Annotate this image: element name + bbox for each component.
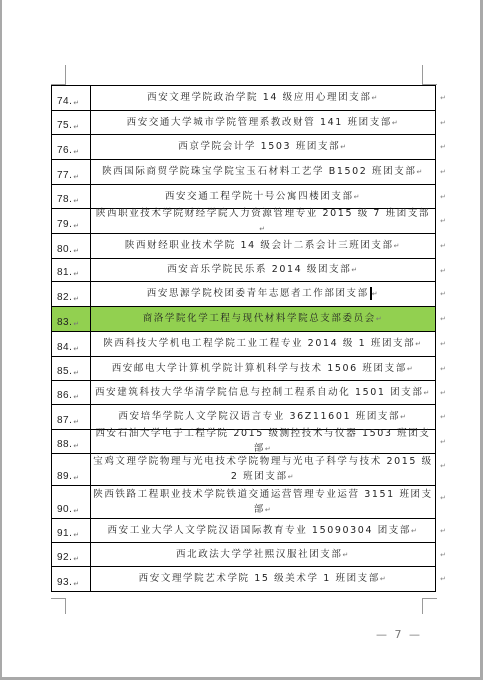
org-name: 陕西科技大学机电工程学院工业工程专业 2014 级 1 班团支部	[103, 338, 415, 349]
row-number: 79.	[57, 219, 72, 230]
org-name-cell[interactable]: 陕西科技大学机电工程学院工业工程专业 2014 级 1 班团支部↵	[91, 332, 435, 356]
cell-end-mark-icon: ↵	[73, 320, 79, 328]
cell-end-mark-icon: ↵	[288, 473, 295, 481]
cell-end-mark-icon: ↵	[392, 119, 399, 127]
cell-end-mark-icon: ↵	[416, 168, 423, 176]
cell-end-mark-icon: ↵	[354, 193, 361, 201]
org-name: 西安交通工程学院十号公寓四楼团支部	[165, 191, 354, 202]
row-number-cell[interactable]: 81.↵	[52, 259, 91, 281]
row-end-mark-icon: ↵	[440, 438, 446, 446]
cell-end-mark-icon: ↵	[423, 389, 430, 397]
org-name-cell[interactable]: 西安文理学院政治学院 14 级应用心理团支部↵	[91, 86, 435, 110]
crop-mark-bottom-right-v	[422, 598, 423, 614]
row-end-mark-icon: ↵	[440, 193, 446, 201]
table-row[interactable]: 80.↵陕西财经职业技术学院 14 级会计二系会计三班团支部↵↵	[52, 234, 435, 259]
row-number-cell[interactable]: 77.↵	[52, 160, 91, 184]
row-number: 82.	[57, 292, 72, 303]
cell-end-mark-icon: ↵	[351, 266, 358, 274]
row-end-mark-icon: ↵	[440, 315, 446, 323]
org-name: 西安音乐学院民乐系 2014 级团支部	[167, 264, 351, 275]
org-name: 宝鸡文理学院物理与光电技术学院物理与光电子科学与技术 2015 级 2 班团支部	[93, 456, 433, 482]
cell-end-mark-icon: ↵	[73, 148, 79, 156]
row-number: 77.	[57, 170, 72, 181]
org-name-cell[interactable]: 商洛学院化学工程与现代材料学院总支部委员会↵	[91, 307, 435, 331]
org-name: 陕西铁路工程职业技术学院铁道交通运营管理专业运营 3151 班团支部	[93, 489, 433, 515]
org-name: 西安石油大学电子工程学院 2015 级测控技术与仪器 1503 班团支部	[96, 428, 431, 454]
cell-end-mark-icon: ↵	[372, 290, 379, 298]
cell-end-mark-icon: ↵	[73, 418, 79, 426]
table-row-highlighted[interactable]: 83.↵商洛学院化学工程与现代材料学院总支部委员会↵↵	[52, 307, 435, 332]
table-row[interactable]: 81.↵西安音乐学院民乐系 2014 级团支部↵↵	[52, 259, 435, 282]
row-number: 78.	[57, 194, 72, 205]
table-row[interactable]: 79.↵陕西职业技术学院财经学院人力资源管理专业 2015 级 7 班团支部↵↵	[52, 209, 435, 234]
row-number-cell[interactable]: 89.↵	[52, 454, 91, 485]
row-end-mark-icon: ↵	[440, 389, 446, 397]
row-end-mark-icon: ↵	[440, 462, 446, 470]
table-row[interactable]: 86.↵西安建筑科技大学华清学院信息与控制工程系自动化 1501 团支部↵↵	[52, 381, 435, 405]
row-number: 87.	[57, 415, 72, 426]
cell-end-mark-icon: ↵	[73, 580, 79, 588]
row-number: 91.	[57, 528, 72, 539]
org-name: 陕西职业技术学院财经学院人力资源管理专业 2015 级 7 班团支部	[96, 208, 430, 219]
org-name: 陕西财经职业技术学院 14 级会计二系会计三班团支部	[125, 240, 394, 251]
row-number-cell[interactable]: 87.↵	[52, 405, 91, 429]
org-name-cell[interactable]: 宝鸡文理学院物理与光电技术学院物理与光电子科学与技术 2015 级 2 班团支部…	[91, 454, 435, 485]
org-name-cell[interactable]: 西安文理学院艺术学院 15 级美术学 1 班团支部↵	[91, 567, 435, 591]
row-end-mark-icon: ↵	[440, 94, 446, 102]
row-number: 88.	[57, 439, 72, 450]
crop-mark-bottom-left-v	[65, 598, 66, 614]
cell-end-mark-icon: ↵	[73, 369, 79, 377]
org-name-cell[interactable]: 陕西职业技术学院财经学院人力资源管理专业 2015 级 7 班团支部↵	[91, 209, 435, 233]
crop-mark-bottom-right-h	[422, 598, 437, 599]
org-name: 西京学院会计学 1503 班团支部	[178, 141, 340, 152]
org-name-cell[interactable]: 西安交通大学城市学院管理系教改财管 141 班团支部↵	[91, 111, 435, 134]
cell-end-mark-icon: ↵	[73, 247, 79, 255]
row-number-cell[interactable]: 75.↵	[52, 111, 91, 134]
cell-end-mark-icon: ↵	[400, 413, 407, 421]
org-name-cell[interactable]: 西安邮电大学计算机学院计算机科学与技术 1506 班团支部↵	[91, 357, 435, 380]
row-number: 74.	[57, 96, 72, 107]
row-number: 75.	[57, 120, 72, 131]
table-row[interactable]: 85.↵西安邮电大学计算机学院计算机科学与技术 1506 班团支部↵↵	[52, 357, 435, 381]
row-number-cell[interactable]: 91.↵	[52, 519, 91, 542]
org-name: 西安文理学院艺术学院 15 级美术学 1 班团支部	[139, 573, 380, 584]
table-row[interactable]: 84.↵陕西科技大学机电工程学院工业工程专业 2014 级 1 班团支部↵↵	[52, 332, 435, 357]
table-row[interactable]: 74.↵西安文理学院政治学院 14 级应用心理团支部↵↵	[52, 86, 435, 111]
row-number-cell[interactable]: 90.↵	[52, 486, 91, 518]
row-number: 81.	[57, 267, 72, 278]
cell-end-mark-icon: ↵	[411, 527, 418, 535]
row-number-cell[interactable]: 93.↵	[52, 567, 91, 591]
cell-end-mark-icon: ↵	[415, 340, 422, 348]
table-row[interactable]: 76.↵西京学院会计学 1503 班团支部↵↵	[52, 135, 435, 160]
row-number: 93.	[57, 577, 72, 588]
cell-end-mark-icon: ↵	[73, 295, 79, 303]
organization-table: 74.↵西安文理学院政治学院 14 级应用心理团支部↵↵75.↵西安交通大学城市…	[51, 85, 436, 592]
row-number-cell[interactable]: 76.↵	[52, 135, 91, 159]
row-number-cell[interactable]: 78.↵	[52, 185, 91, 208]
row-end-mark-icon: ↵	[440, 494, 446, 502]
cell-end-mark-icon: ↵	[371, 94, 378, 102]
window-left-border	[0, 0, 2, 680]
row-number: 90.	[57, 504, 72, 515]
row-end-mark-icon: ↵	[440, 413, 446, 421]
row-number: 92.	[57, 552, 72, 563]
row-number: 80.	[57, 244, 72, 255]
org-name-cell[interactable]: 陕西财经职业技术学院 14 级会计二系会计三班团支部↵	[91, 234, 435, 258]
cell-end-mark-icon: ↵	[73, 270, 79, 278]
cell-end-mark-icon: ↵	[265, 445, 272, 453]
cell-end-mark-icon: ↵	[340, 143, 347, 151]
cell-end-mark-icon: ↵	[73, 507, 79, 515]
cell-end-mark-icon: ↵	[73, 222, 79, 230]
org-name: 西安交通大学城市学院管理系教改财管 141 班团支部	[127, 117, 392, 128]
cell-end-mark-icon: ↵	[259, 225, 266, 233]
org-name: 西安培华学院人文学院汉语言专业 36Z11601 班团支部	[118, 411, 400, 422]
row-number-cell[interactable]: 80.↵	[52, 234, 91, 258]
org-name-cell[interactable]: 西安工业大学人文学院汉语国际教育专业 15090304 团支部↵	[91, 519, 435, 542]
page-number: — 7 —	[376, 628, 422, 641]
cell-end-mark-icon: ↵	[73, 173, 79, 181]
table-row[interactable]: 82.↵西安思源学院校团委青年志愿者工作部团支部↵↵	[52, 282, 435, 307]
crop-mark-top-left-v	[65, 65, 66, 85]
cell-end-mark-icon: ↵	[73, 474, 79, 482]
row-number: 89.	[57, 471, 72, 482]
org-name-cell[interactable]: 西安音乐学院民乐系 2014 级团支部↵	[91, 259, 435, 281]
org-name-cell[interactable]: 西安建筑科技大学华清学院信息与控制工程系自动化 1501 团支部↵	[91, 381, 435, 404]
row-number: 76.	[57, 145, 72, 156]
row-end-mark-icon: ↵	[440, 217, 446, 225]
row-number-cell[interactable]: 85.↵	[52, 357, 91, 380]
org-name: 西安工业大学人文学院汉语国际教育专业 15090304 团支部	[108, 525, 412, 536]
row-end-mark-icon: ↵	[440, 527, 446, 535]
org-name-cell[interactable]: 西京学院会计学 1503 班团支部↵	[91, 135, 435, 159]
crop-mark-bottom-left-h	[51, 598, 66, 599]
row-number-cell[interactable]: 74.↵	[52, 86, 91, 110]
row-number: 85.	[57, 366, 72, 377]
row-number-cell[interactable]: 86.↵	[52, 381, 91, 404]
cell-end-mark-icon: ↵	[73, 197, 79, 205]
cell-end-mark-icon: ↵	[73, 99, 79, 107]
cell-end-mark-icon: ↵	[376, 315, 383, 323]
row-end-mark-icon: ↵	[440, 119, 446, 127]
org-name: 西安思源学院校团委青年志愿者工作部团支部	[147, 288, 369, 299]
row-number: 84.	[57, 342, 72, 353]
org-name: 商洛学院化学工程与现代材料学院总支部委员会	[143, 313, 376, 324]
org-name: 西安文理学院政治学院 14 级应用心理团支部	[147, 92, 371, 103]
row-number: 86.	[57, 390, 72, 401]
cell-end-mark-icon: ↵	[394, 242, 401, 250]
cell-end-mark-icon: ↵	[73, 345, 79, 353]
row-end-mark-icon: ↵	[440, 575, 446, 583]
row-end-mark-icon: ↵	[440, 340, 446, 348]
cell-end-mark-icon: ↵	[73, 555, 79, 563]
row-end-mark-icon: ↵	[440, 168, 446, 176]
org-name: 陕西国际商贸学院珠宝学院宝玉石材料工艺学 B1502 班团支部	[102, 166, 416, 177]
org-name: 西安建筑科技大学华清学院信息与控制工程系自动化 1501 团支部	[95, 387, 423, 398]
row-end-mark-icon: ↵	[440, 242, 446, 250]
row-number: 83.	[57, 317, 72, 328]
table-row[interactable]: 77.↵陕西国际商贸学院珠宝学院宝玉石材料工艺学 B1502 班团支部↵↵	[52, 160, 435, 185]
row-number-cell[interactable]: 79.↵	[52, 209, 91, 233]
row-number-cell[interactable]: 84.↵	[52, 332, 91, 356]
cell-end-mark-icon: ↵	[265, 506, 272, 514]
row-end-mark-icon: ↵	[440, 290, 446, 298]
cell-end-mark-icon: ↵	[73, 442, 79, 450]
cell-end-mark-icon: ↵	[407, 365, 414, 373]
table-row[interactable]: 75.↵西安交通大学城市学院管理系教改财管 141 班团支部↵↵	[52, 111, 435, 135]
cell-end-mark-icon: ↵	[73, 393, 79, 401]
table-row[interactable]: 93.↵西安文理学院艺术学院 15 级美术学 1 班团支部↵↵	[52, 567, 435, 591]
row-number-cell[interactable]: 88.↵	[52, 430, 91, 453]
org-name-cell[interactable]: 西安石油大学电子工程学院 2015 级测控技术与仪器 1503 班团支部↵	[91, 430, 435, 453]
cell-end-mark-icon: ↵	[73, 531, 79, 539]
row-end-mark-icon: ↵	[440, 365, 446, 373]
row-number-cell[interactable]: 92.↵	[52, 543, 91, 566]
table-row[interactable]: 91.↵西安工业大学人文学院汉语国际教育专业 15090304 团支部↵↵	[52, 519, 435, 543]
org-name-cell[interactable]: 陕西国际商贸学院珠宝学院宝玉石材料工艺学 B1502 班团支部↵	[91, 160, 435, 184]
cell-end-mark-icon: ↵	[73, 123, 79, 131]
row-end-mark-icon: ↵	[440, 267, 446, 275]
org-name-cell[interactable]: 西安思源学院校团委青年志愿者工作部团支部↵	[91, 282, 435, 306]
table-row[interactable]: 88.↵西安石油大学电子工程学院 2015 级测控技术与仪器 1503 班团支部…	[52, 430, 435, 454]
row-end-mark-icon: ↵	[440, 551, 446, 559]
org-name-cell[interactable]: 陕西铁路工程职业技术学院铁道交通运营管理专业运营 3151 班团支部↵	[91, 486, 435, 518]
table-row[interactable]: 89.↵宝鸡文理学院物理与光电技术学院物理与光电子科学与技术 2015 级 2 …	[52, 454, 435, 486]
row-number-cell[interactable]: 83.↵	[52, 307, 91, 331]
row-number-cell[interactable]: 82.↵	[52, 282, 91, 306]
table-row[interactable]: 90.↵陕西铁路工程职业技术学院铁道交通运营管理专业运营 3151 班团支部↵↵	[52, 486, 435, 519]
org-name: 西安邮电大学计算机学院计算机科学与技术 1506 班团支部	[112, 363, 407, 374]
cell-end-mark-icon: ↵	[380, 575, 387, 583]
crop-mark-top-right-v	[422, 65, 423, 85]
row-end-mark-icon: ↵	[440, 143, 446, 151]
org-name: 西北政法大学学社熙汉服社团支部	[176, 549, 343, 560]
cell-end-mark-icon: ↵	[343, 551, 350, 559]
table-row[interactable]: 92.↵西北政法大学学社熙汉服社团支部↵↵	[52, 543, 435, 567]
org-name-cell[interactable]: 西北政法大学学社熙汉服社团支部↵	[91, 543, 435, 566]
